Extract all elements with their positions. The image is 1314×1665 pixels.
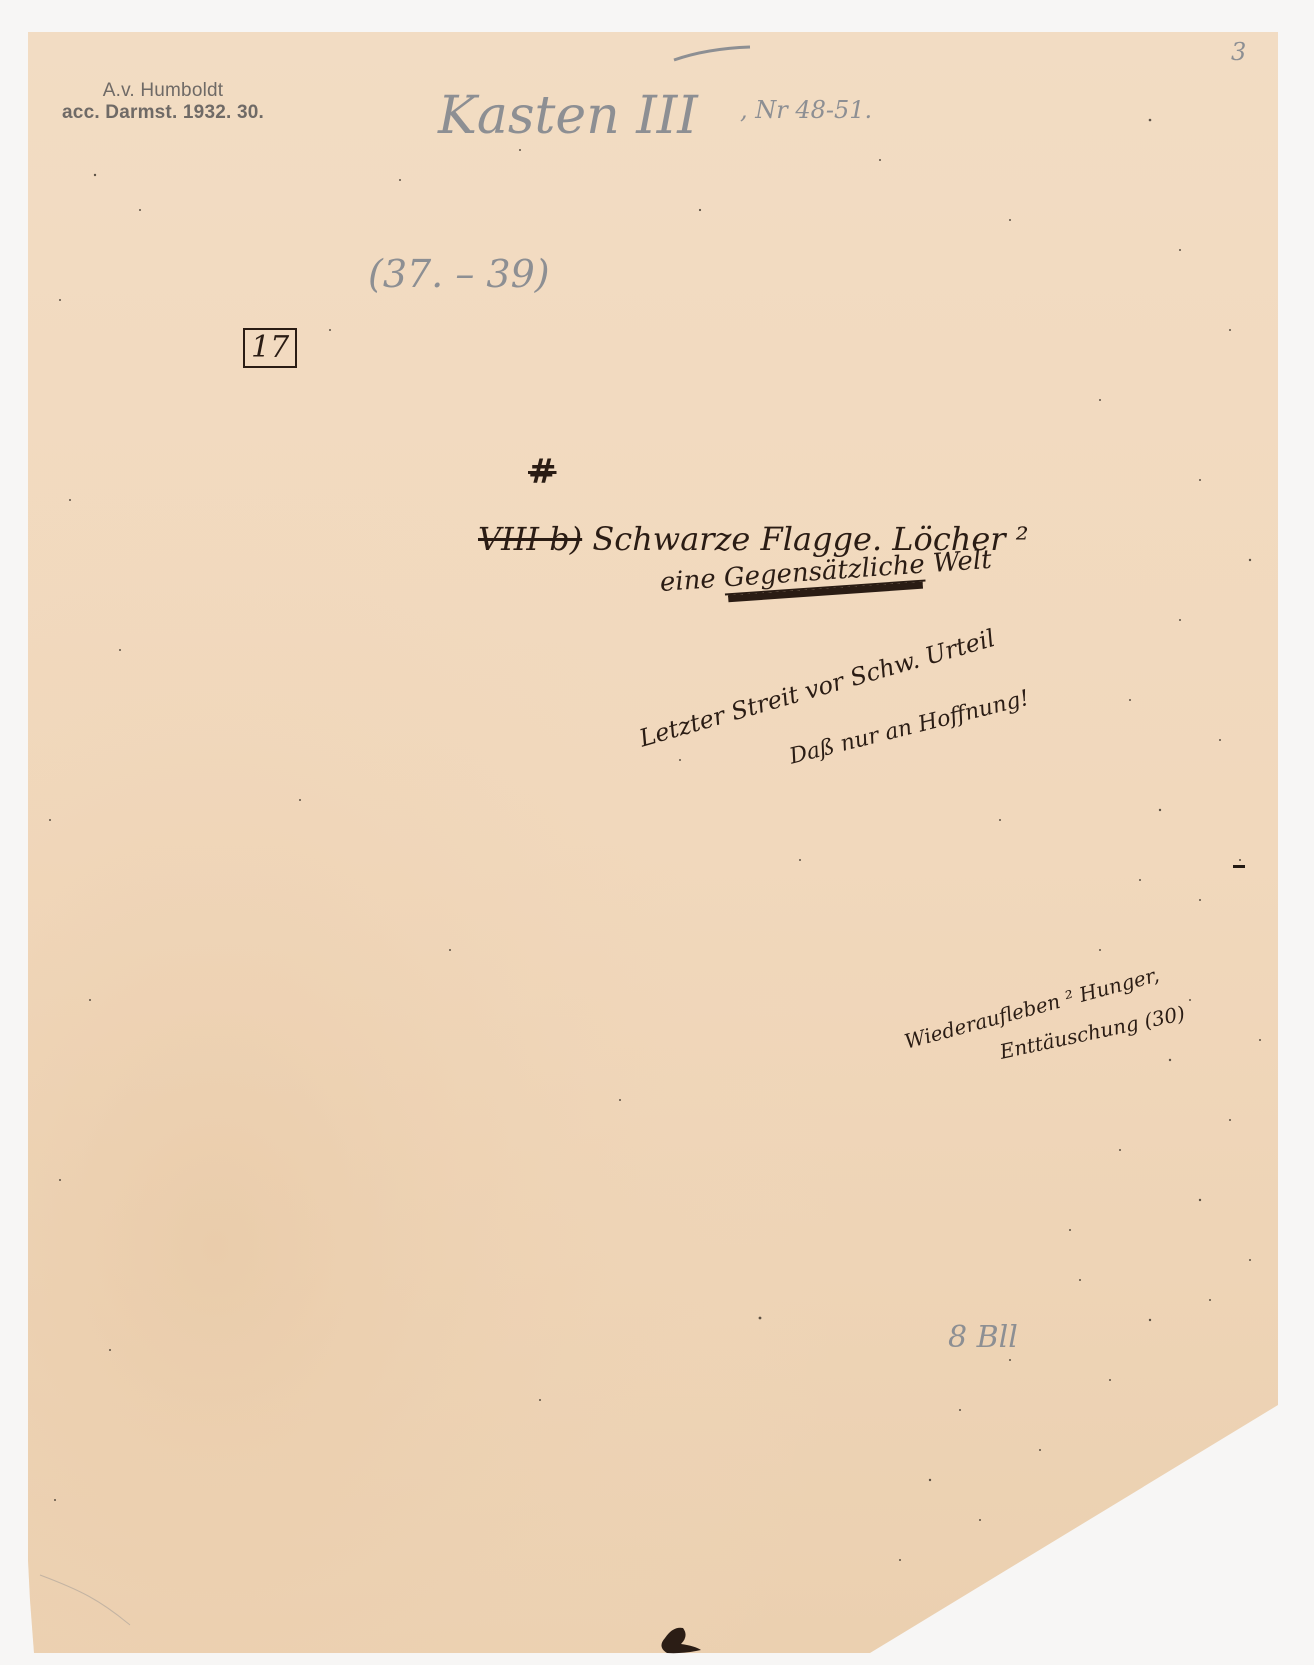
heading-line2-prefix: eine <box>659 564 717 598</box>
box-subtitle: , Nr 48-51. <box>740 96 872 124</box>
page-number: 3 <box>1231 38 1246 66</box>
stamp-line-1: A.v. Humboldt <box>48 80 278 102</box>
folder-number: 17 <box>243 328 297 368</box>
heading-prefix: VIII b) <box>478 520 582 558</box>
page-range: (37. – 39) <box>368 252 550 296</box>
paper-sheet <box>0 0 1314 1665</box>
overline-mark <box>672 44 752 64</box>
heading-line2-suffix: Welt <box>932 545 993 579</box>
stamp-line-2: acc. Darmst. 1932. 30. <box>48 102 278 124</box>
archive-stamp: A.v. Humboldt acc. Darmst. 1932. 30. <box>48 80 278 124</box>
leaf-count: 8 Bll <box>948 1320 1018 1355</box>
box-title: Kasten III <box>438 88 698 144</box>
manuscript-page: 3 A.v. Humboldt acc. Darmst. 1932. 30. K… <box>0 0 1314 1665</box>
crossed-out-mark: # <box>528 452 557 492</box>
